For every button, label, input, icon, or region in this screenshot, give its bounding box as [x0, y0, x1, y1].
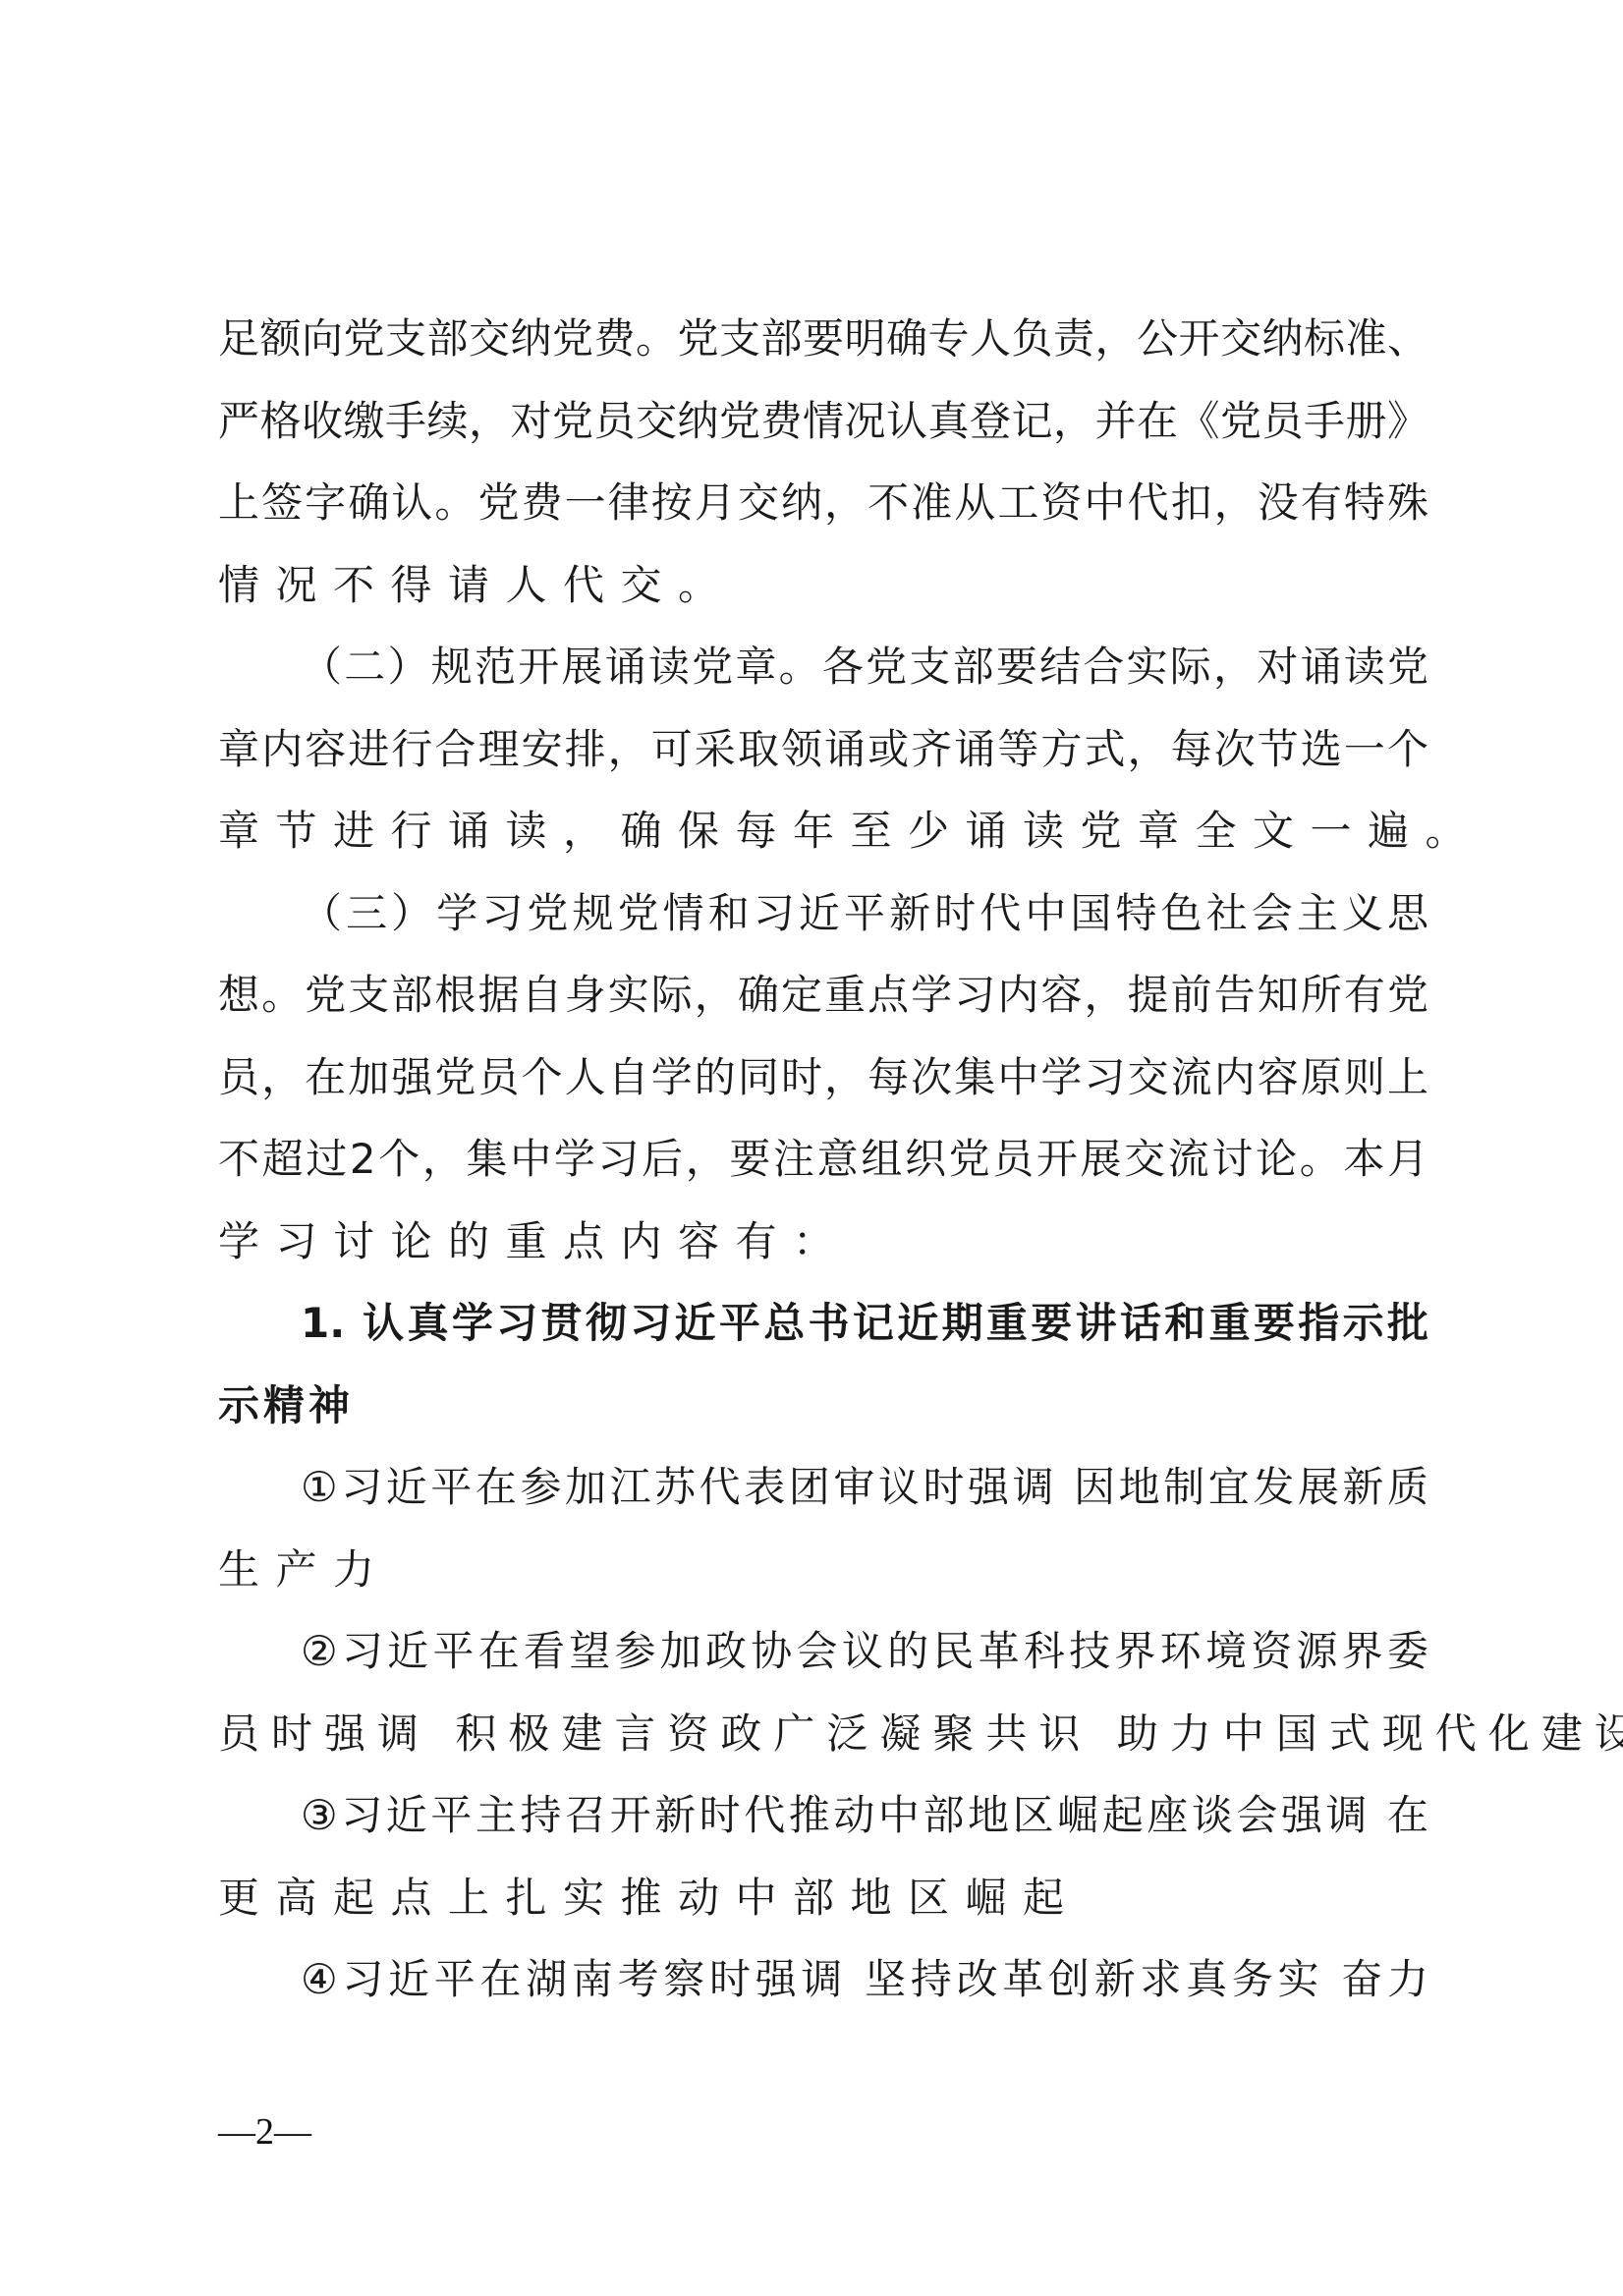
- paragraph-fee-payment: 足额向党支部交纳党费。党支部要明确专人负责，公开交纳标准、 严格收缴手续，对党员…: [218, 307, 1428, 635]
- list-item-circled-2: ②习近平在看望参加政协会议的民革科技界环境资源界委 员时强调 积极建言资政广泛凝…: [218, 1619, 1428, 1783]
- text-line: 想。党支部根据自身实际，确定重点学习内容，提前告知所有党: [218, 963, 1428, 1045]
- text-line: 章内容进行合理安排，可采取领诵或齐诵等方式，每次节选一个: [218, 717, 1428, 800]
- text-line: 生产力: [218, 1538, 1428, 1620]
- document-body: 足额向党支部交纳党费。党支部要明确专人负责，公开交纳标准、 严格收缴手续，对党员…: [218, 307, 1428, 2030]
- text-line: 章节进行诵读，确保每年至少诵读党章全文一遍。: [218, 799, 1428, 881]
- text-line: 员，在加强党员个人自学的同时，每次集中学习交流内容原则上: [218, 1045, 1428, 1128]
- item-1-heading: 1. 认真学习贯彻习近平总书记近期重要讲话和重要指示批 示精神: [218, 1291, 1428, 1455]
- text-line: 严格收缴手续，对党员交纳党费情况认真登记，并在《党员手册》: [218, 389, 1428, 472]
- text-line: 更高起点上扎实推动中部地区崛起: [218, 1866, 1428, 1948]
- list-item-circled-4: ④习近平在湖南考察时强调 坚持改革创新求真务实 奋力: [218, 1947, 1428, 2030]
- list-item-circled-3: ③习近平主持召开新时代推动中部地区崛起座谈会强调 在 更高起点上扎实推动中部地区…: [218, 1783, 1428, 1947]
- page-number: —2—: [218, 2110, 311, 2154]
- text-line: ③习近平主持召开新时代推动中部地区崛起座谈会强调 在: [218, 1783, 1428, 1866]
- section-heading-line: （三）学习党规党情和习近平新时代中国特色社会主义思: [218, 881, 1428, 964]
- text-line: 员时强调 积极建言资政广泛凝聚共识 助力中国式现代化建设: [218, 1702, 1428, 1784]
- text-line: 情况不得请人代交。: [218, 553, 1428, 636]
- text-line: 不超过2个，集中学习后，要注意组织党员开展交流讨论。本月: [218, 1127, 1428, 1209]
- text-line: 足额向党支部交纳党费。党支部要明确专人负责，公开交纳标准、: [218, 307, 1428, 389]
- paragraph-section-2: （二）规范开展诵读党章。各党支部要结合实际，对诵读党 章内容进行合理安排，可采取…: [218, 635, 1428, 881]
- text-line: ②习近平在看望参加政协会议的民革科技界环境资源界委: [218, 1619, 1428, 1702]
- bold-heading-line: 示精神: [218, 1373, 1428, 1456]
- list-item-circled-1: ①习近平在参加江苏代表团审议时强调 因地制宜发展新质 生产力: [218, 1455, 1428, 1619]
- bold-heading-line: 1. 认真学习贯彻习近平总书记近期重要讲话和重要指示批: [218, 1291, 1428, 1373]
- text-line: 学习讨论的重点内容有：: [218, 1209, 1428, 1292]
- text-line: 上签字确认。党费一律按月交纳，不准从工资中代扣，没有特殊: [218, 471, 1428, 553]
- section-heading-line: （二）规范开展诵读党章。各党支部要结合实际，对诵读党: [218, 635, 1428, 717]
- paragraph-section-3: （三）学习党规党情和习近平新时代中国特色社会主义思 想。党支部根据自身实际，确定…: [218, 881, 1428, 1292]
- text-line: ①习近平在参加江苏代表团审议时强调 因地制宜发展新质: [218, 1455, 1428, 1538]
- text-line: ④习近平在湖南考察时强调 坚持改革创新求真务实 奋力: [218, 1947, 1428, 2030]
